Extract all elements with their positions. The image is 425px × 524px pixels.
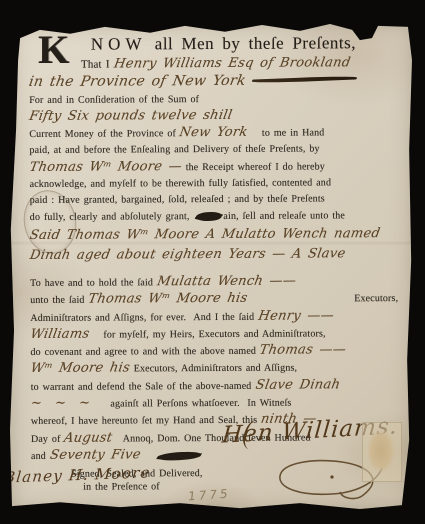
- pen-flourish: [252, 76, 357, 84]
- doc-line: For and in Conſideration of the Sum of F…: [29, 91, 397, 127]
- doc-line: That I Henry Williams Esq of Brookland: [81, 55, 397, 74]
- doc-line: unto the ſaid Thomas Wᵐ Moore hisExecuto…: [30, 290, 398, 309]
- handwritten-text: Mulatta Wench ——: [155, 274, 297, 291]
- doc-line: To have and to hold the ſaid Mulatta Wen…: [30, 273, 398, 292]
- seal-blob: [367, 429, 395, 473]
- printed-text: the Receipt whereof I do hereby: [182, 161, 325, 173]
- printed-text: for myſelf, my Heirs, Executors and Admi…: [89, 328, 325, 340]
- doc-line: do fully, clearly and abſolutely grant, …: [30, 208, 398, 226]
- handwritten-text: Thomas Wᵐ Moore —: [28, 159, 183, 176]
- printed-text: Adminiſtrators and Aſſigns, for ever. An…: [30, 311, 258, 323]
- doc-line: paid : Have granted, bargained, ſold, re…: [30, 191, 398, 209]
- printed-text: Executors,: [354, 291, 398, 308]
- ink-blot: [157, 451, 201, 461]
- doc-line: Wᵐ Moore his Executors, Adminiſtrators a…: [31, 359, 399, 378]
- printed-text: againſt all Perſons whatſoever. In Witne…: [90, 398, 291, 410]
- doc-line: Dinah aged about eighteen Years — A Slav…: [30, 244, 398, 266]
- printed-text: For and in Conſideration of the Sum of: [29, 94, 203, 106]
- doc-line: paid, at and before the Enſealing and De…: [29, 142, 397, 160]
- printed-text: paid, at and before the Enſealing and De…: [29, 144, 319, 157]
- doc-line: Thomas Wᵐ Moore — the Receipt whereof I …: [29, 158, 397, 177]
- handwritten-text: ~ ~ ~: [29, 396, 91, 413]
- doc-line: Williams for myſelf, my Heirs, Executors…: [30, 325, 398, 344]
- ink-blot: [195, 212, 221, 221]
- printed-text: ain, ſell and releaſe unto the: [223, 210, 345, 222]
- printed-text: To have and to hold the ſaid: [30, 277, 157, 289]
- handwritten-text: Seventy Five: [48, 447, 148, 464]
- handwritten-text: Fifty Six pounds twelve shill: [28, 108, 234, 125]
- printed-text: and: [31, 451, 50, 462]
- printed-text: to warrant and defend the Sale of the ab…: [31, 381, 256, 393]
- printed-text: Day of: [31, 433, 65, 444]
- doc-line: Said Thomas Wᵐ Moore A Mulatto Wench nam…: [30, 224, 398, 246]
- handwritten-text: Henry ——: [257, 308, 335, 325]
- printed-text: to me in Hand: [248, 128, 325, 139]
- doc-line: do covenant and agree to and with the ab…: [30, 342, 398, 361]
- handwritten-text: August: [63, 430, 114, 447]
- handwritten-text: New York: [178, 125, 249, 142]
- handwritten-text: Henry Williams Esq of Brookland: [112, 55, 351, 73]
- doc-line: NOW all Men by theſe Preſents,: [91, 31, 397, 57]
- printed-text: all Men by theſe Preſents,: [146, 33, 356, 53]
- handwritten-text: Wᵐ Moore his: [29, 361, 131, 378]
- handwritten-text: Dinah aged about eighteen Years — A Slav…: [28, 244, 347, 265]
- document-paper: K NOW all Men by theſe Preſents,That I H…: [10, 22, 414, 512]
- handwritten-text: in the Province of New York: [28, 73, 254, 90]
- printed-text: paid : Have granted, bargained, ſold, re…: [30, 194, 325, 207]
- wax-seal-remnant: [362, 422, 402, 482]
- printed-text: NOW: [91, 34, 147, 53]
- doc-line: Adminiſtrators and Aſſigns, for ever. An…: [30, 308, 398, 327]
- doc-line: to warrant and defend the Sale of the ab…: [31, 377, 399, 396]
- printed-text: do fully, clearly and abſolutely grant,: [30, 211, 194, 223]
- handwritten-text: Thomas ——: [259, 342, 348, 359]
- handwritten-text: Slave Dinah: [254, 377, 341, 394]
- doc-line: Current Money of the Province of New Yor…: [29, 124, 397, 143]
- handwritten-text: Thomas Wᵐ Moore his: [87, 291, 249, 308]
- doc-line: in the Province of New York: [29, 72, 397, 92]
- printed-text: unto the ſaid: [30, 293, 88, 310]
- printed-text: Executors, Adminiſtrators and Aſſigns,: [130, 363, 297, 375]
- printed-text: acknowledge, and myſelf to be therewith …: [30, 177, 332, 190]
- printed-text: do covenant and agree to and with the ab…: [30, 346, 259, 358]
- doc-line: ~ ~ ~ againſt all Perſons whatſoever. In…: [31, 394, 399, 413]
- printed-text: Current Money of the Province of: [29, 128, 180, 140]
- printed-text: That I: [81, 59, 114, 71]
- doc-line: acknowledge, and myſelf to be therewith …: [30, 175, 398, 193]
- pencil-date-annotation: 1775: [187, 486, 231, 503]
- handwritten-text: Williams: [29, 326, 91, 343]
- handwritten-text: Said Thomas Wᵐ Moore A Mulatto Wench nam…: [28, 224, 381, 245]
